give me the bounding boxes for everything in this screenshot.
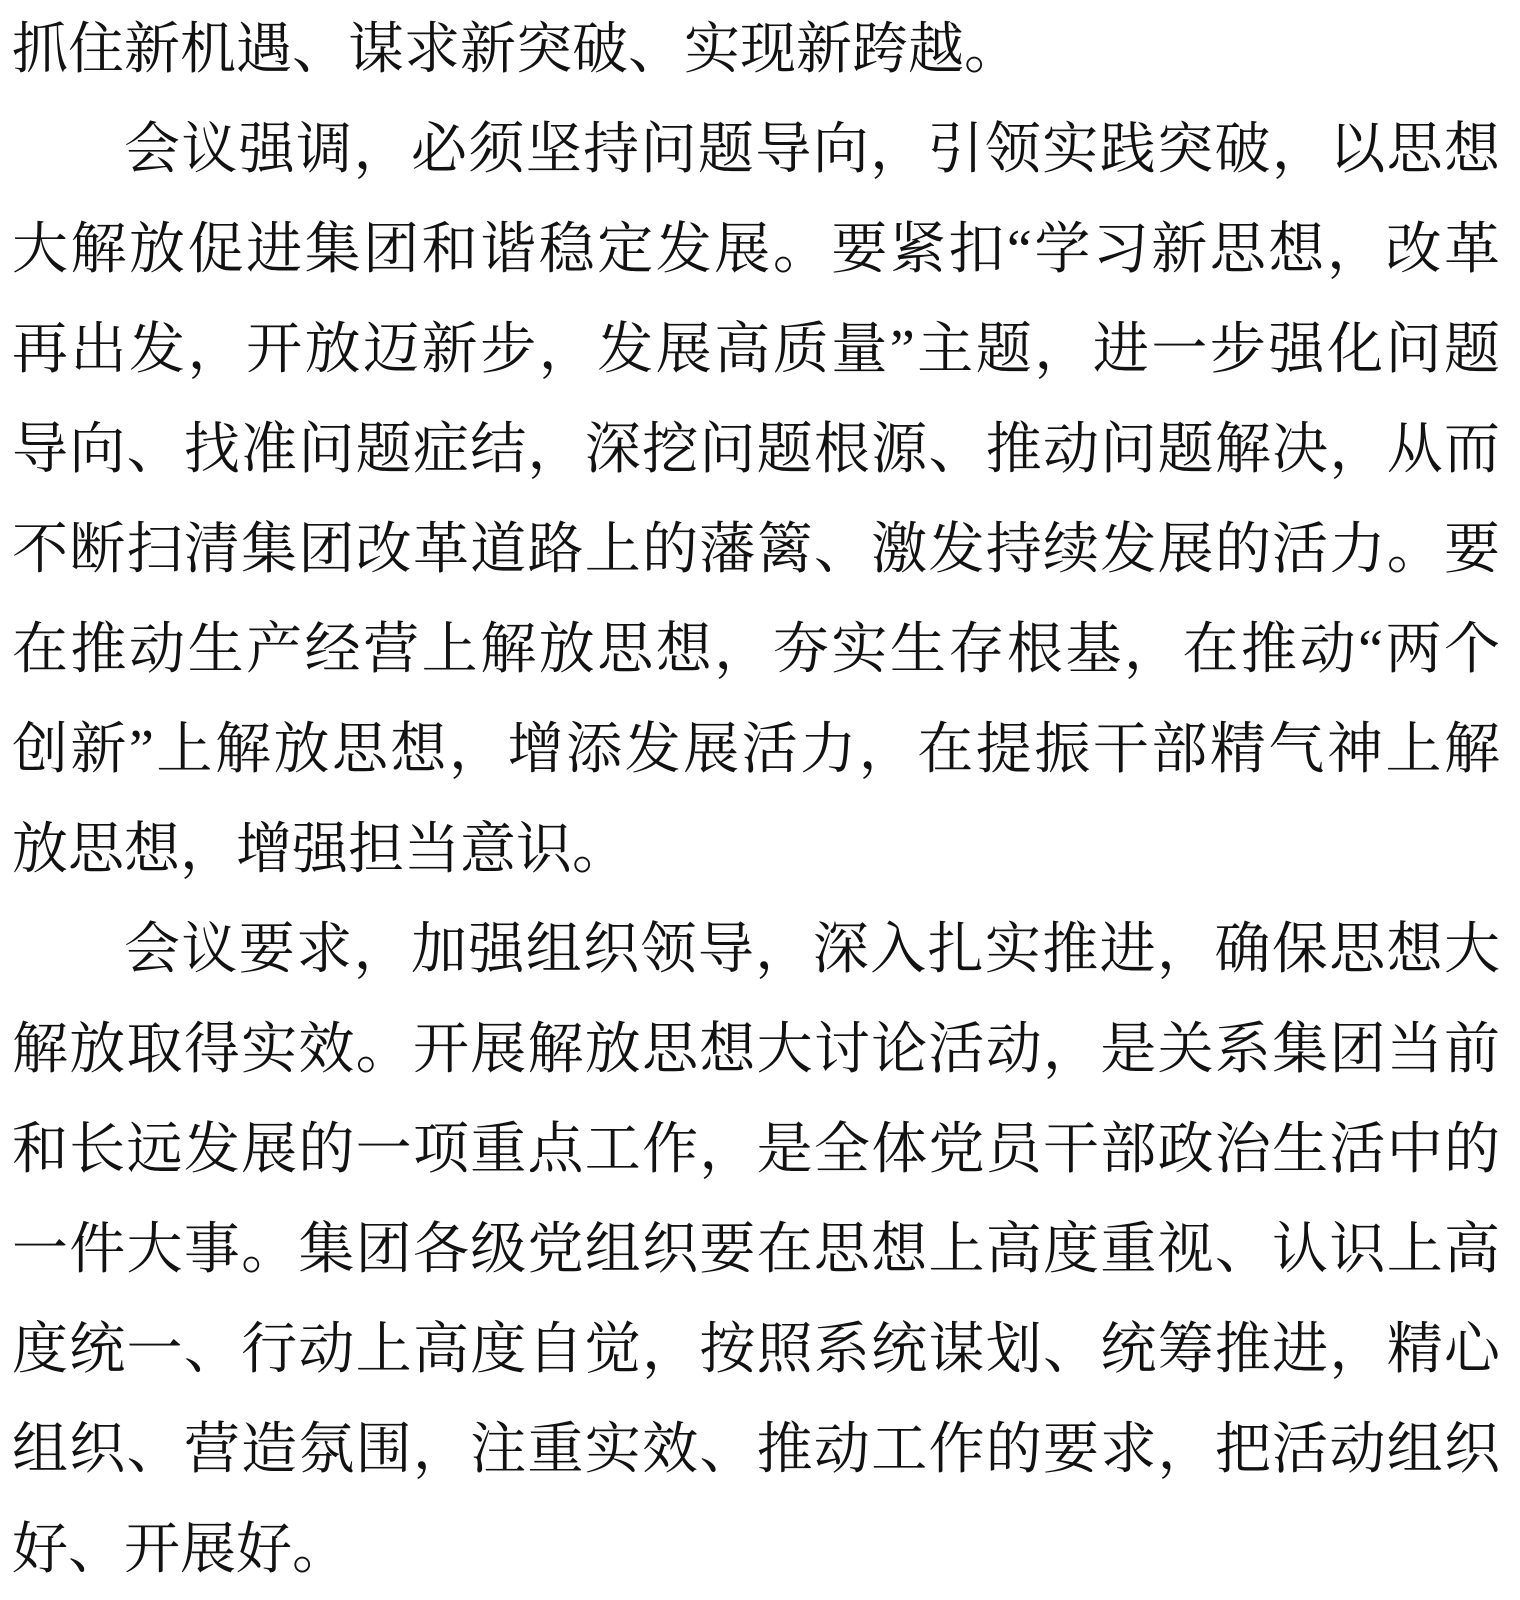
text-line: 好、开展好。 (12, 1500, 1500, 1600)
text-line: 组织、营造氛围，注重实效、推动工作的要求，把活动组织 (12, 1400, 1500, 1500)
text-line: 创新”上解放思想，增添发展活力，在提振干部精气神上解 (12, 700, 1500, 800)
text-line: 抓住新机遇、谋求新突破、实现新跨越。 (12, 0, 1500, 100)
document-page: 抓住新机遇、谋求新突破、实现新跨越。会议强调，必须坚持问题导向，引领实践突破，以… (0, 0, 1520, 1600)
text-line: 不断扫清集团改革道路上的藩篱、激发持续发展的活力。要 (12, 500, 1500, 600)
text-line: 会议强调，必须坚持问题导向，引领实践突破，以思想 (12, 100, 1500, 200)
text-line: 和长远发展的一项重点工作，是全体党员干部政治生活中的 (12, 1100, 1500, 1200)
text-line: 一件大事。集团各级党组织要在思想上高度重视、认识上高 (12, 1200, 1500, 1300)
text-line: 会议要求，加强组织领导，深入扎实推进，确保思想大 (12, 900, 1500, 1000)
document-text-block: 抓住新机遇、谋求新突破、实现新跨越。会议强调，必须坚持问题导向，引领实践突破，以… (12, 0, 1500, 1600)
text-line: 再出发，开放迈新步，发展高质量”主题，进一步强化问题 (12, 300, 1500, 400)
text-line: 解放取得实效。开展解放思想大讨论活动，是关系集团当前 (12, 1000, 1500, 1100)
text-line: 导向、找准问题症结，深挖问题根源、推动问题解决，从而 (12, 400, 1500, 500)
text-line: 放思想，增强担当意识。 (12, 800, 1500, 900)
text-line: 在推动生产经营上解放思想，夯实生存根基，在推动“两个 (12, 600, 1500, 700)
text-line: 大解放促进集团和谐稳定发展。要紧扣“学习新思想，改革 (12, 200, 1500, 300)
text-line: 度统一、行动上高度自觉，按照系统谋划、统筹推进，精心 (12, 1300, 1500, 1400)
